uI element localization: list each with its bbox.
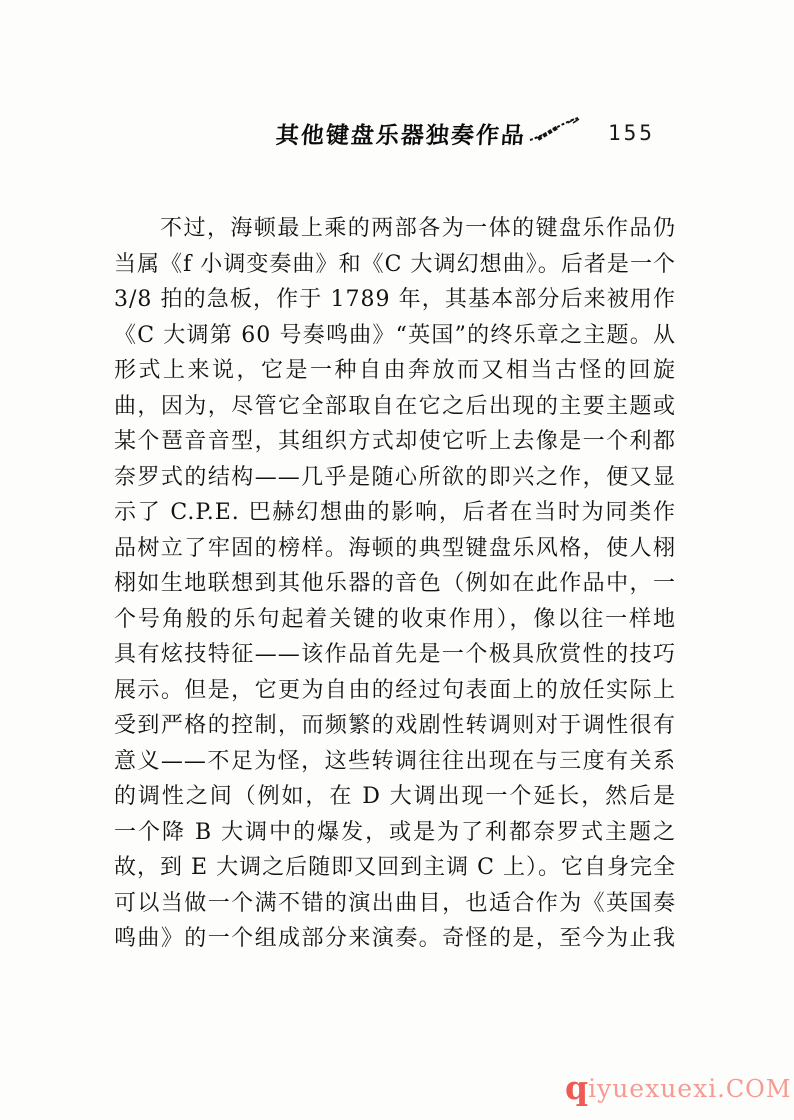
text-line: 可以当做一个满不错的演出曲目，也适合作为《英国奏 xyxy=(114,886,676,922)
text-line: 《C 大调第 60 号奏鸣曲》“英国”的终乐章之主题。从 xyxy=(114,318,676,354)
watermark-q: q xyxy=(565,1068,588,1107)
text-line: 故，到 E 大调之后随即又回到主调 C 上）。它自身完全 xyxy=(114,850,676,886)
text-line: 示了 C.P.E. 巴赫幻想曲的影响，后者在当时为同类作 xyxy=(114,495,676,531)
flourish-icon xyxy=(528,114,584,144)
text-line: 具有炫技特征——该作品首先是一个极具欣赏性的技巧 xyxy=(114,637,676,673)
text-line: 展示。但是，它更为自由的经过句表面上的放任实际上 xyxy=(114,673,676,709)
book-page: 其他键盘乐器独奏作品 155 不过，海顿最上乘的两部各为一体的键盘乐作品仍 当属… xyxy=(0,0,794,1120)
text-line: 意义——不足为怪，这些转调往往出现在与三度有关系 xyxy=(114,744,676,780)
text-line: 栩如生地联想到其他乐器的音色（例如在此作品中，一 xyxy=(114,566,676,602)
text-line: 一个降 B 大调中的爆发，或是为了利都奈罗式主题之 xyxy=(114,815,676,851)
body-text: 不过，海顿最上乘的两部各为一体的键盘乐作品仍 当属《f 小调变奏曲》和《C 大调… xyxy=(114,211,676,957)
text-line: 鸣曲》的一个组成部分来演奏。奇怪的是，至今为止我 xyxy=(114,921,676,957)
text-line: 的调性之间（例如，在 D 大调出现一个延长，然后是 xyxy=(114,779,676,815)
text-line: 当属《f 小调变奏曲》和《C 大调幻想曲》。后者是一个 xyxy=(114,247,676,283)
watermark: qiyuexuexi.COM xyxy=(565,1068,791,1107)
text-line: 3/8 拍的急板，作于 1789 年，其基本部分后来被用作 xyxy=(114,282,676,318)
text-line: 某个琶音音型，其组织方式却使它听上去像是一个利都 xyxy=(114,424,676,460)
text-line: 曲，因为，尽管它全部取自在它之后出现的主要主题或 xyxy=(114,389,676,425)
text-line: 受到严格的控制，而频繁的戏剧性转调则对于调性很有 xyxy=(114,708,676,744)
text-line: 形式上来说，它是一种自由奔放而又相当古怪的回旋 xyxy=(114,353,676,389)
text-line: 不过，海顿最上乘的两部各为一体的键盘乐作品仍 xyxy=(114,211,676,247)
text-line: 个号角般的乐句起着关键的收束作用），像以往一样地 xyxy=(114,602,676,638)
page-number: 155 xyxy=(608,121,655,145)
text-line: 品树立了牢固的榜样。海顿的典型键盘乐风格，使人栩 xyxy=(114,531,676,567)
watermark-suffix: .COM xyxy=(717,1075,791,1103)
text-line: 奈罗式的结构——几乎是随心所欲的即兴之作，便又显 xyxy=(114,460,676,496)
watermark-name: iyuexuexi xyxy=(588,1074,717,1103)
running-title: 其他键盘乐器独奏作品 xyxy=(275,117,527,150)
